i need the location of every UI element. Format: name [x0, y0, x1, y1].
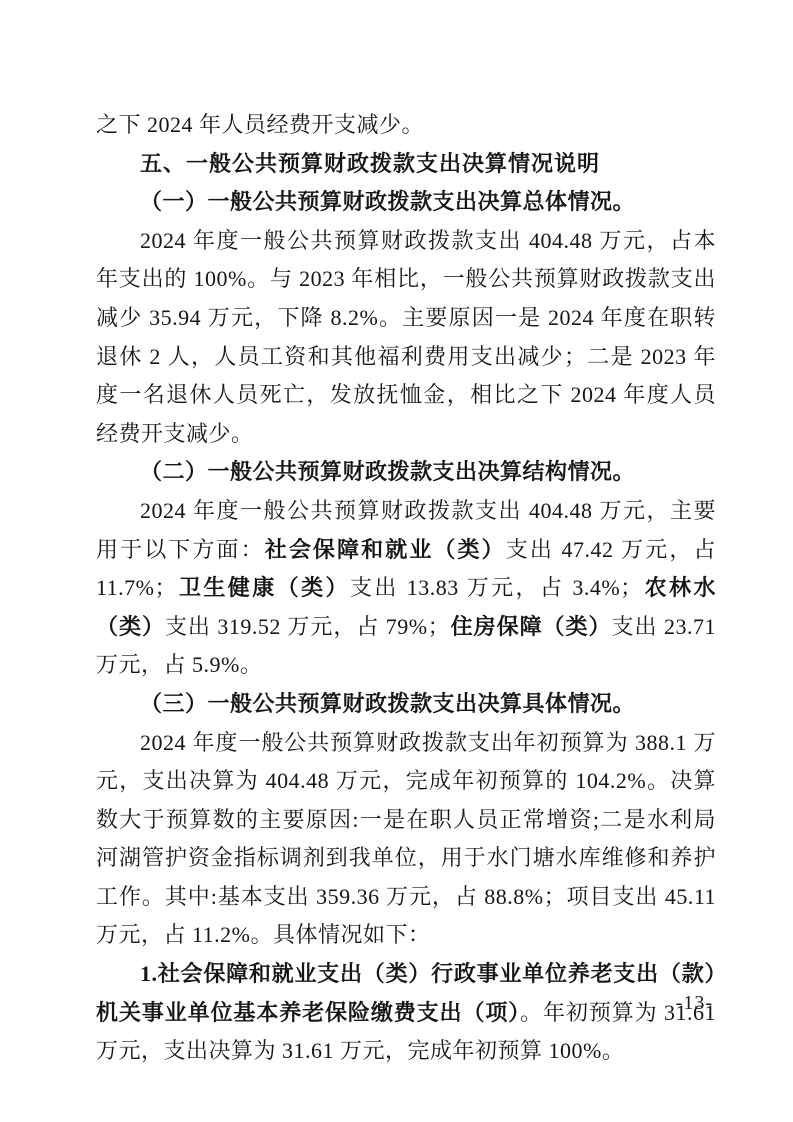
text-run: 2024 年度一般公共预算财政拨款支出年初预算为 388.1 万元，支出决算为 … [96, 730, 716, 948]
text-run: 支出 13.83 万元，占 3.4%； [350, 575, 643, 600]
paragraph-structure-situation: 2024 年度一般公共预算财政拨款支出 404.48 万元，主要用于以下方面：社… [96, 492, 716, 685]
paragraph-carryover: 之下 2024 年人员经费开支减少。 [96, 106, 716, 145]
bold-text-run: （二）一般公共预算财政拨款支出决算结构情况。 [140, 459, 635, 484]
paragraph-overall-situation: 2024 年度一般公共预算财政拨款支出 404.48 万元，占本年支出的 100… [96, 222, 716, 454]
text-run: 支出 319.52 万元，占 79%； [165, 614, 450, 639]
document-body: 之下 2024 年人员经费开支减少。五、一般公共预算财政拨款支出决算情况说明（一… [96, 106, 716, 1071]
subsection-heading-3: （三）一般公共预算财政拨款支出决算具体情况。 [96, 685, 716, 724]
bold-text-run: （一）一般公共预算财政拨款支出决算总体情况。 [140, 189, 635, 214]
page-number: -13- [676, 992, 713, 1014]
subsection-heading-2: （二）一般公共预算财政拨款支出决算结构情况。 [96, 453, 716, 492]
bold-text-run: 五、一般公共预算财政拨款支出决算情况说明 [140, 151, 600, 176]
bold-text-run: 住房保障（类） [450, 614, 611, 639]
page-footer: -13- [0, 992, 713, 1015]
subsection-heading-1: （一）一般公共预算财政拨款支出决算总体情况。 [96, 183, 716, 222]
section-heading-5: 五、一般公共预算财政拨款支出决算情况说明 [96, 145, 716, 184]
bold-text-run: 卫生健康（类） [177, 575, 350, 600]
bold-text-run: （三）一般公共预算财政拨款支出决算具体情况。 [140, 691, 635, 716]
text-run: 之下 2024 年人员经费开支减少。 [96, 112, 424, 137]
paragraph-specific-situation: 2024 年度一般公共预算财政拨款支出年初预算为 388.1 万元，支出决算为 … [96, 724, 716, 956]
text-run: 2024 年度一般公共预算财政拨款支出 404.48 万元，占本年支出的 100… [96, 228, 716, 446]
bold-text-run: 社会保障和就业（类） [265, 537, 506, 562]
document-page: 之下 2024 年人员经费开支减少。五、一般公共预算财政拨款支出决算情况说明（一… [0, 0, 793, 1122]
